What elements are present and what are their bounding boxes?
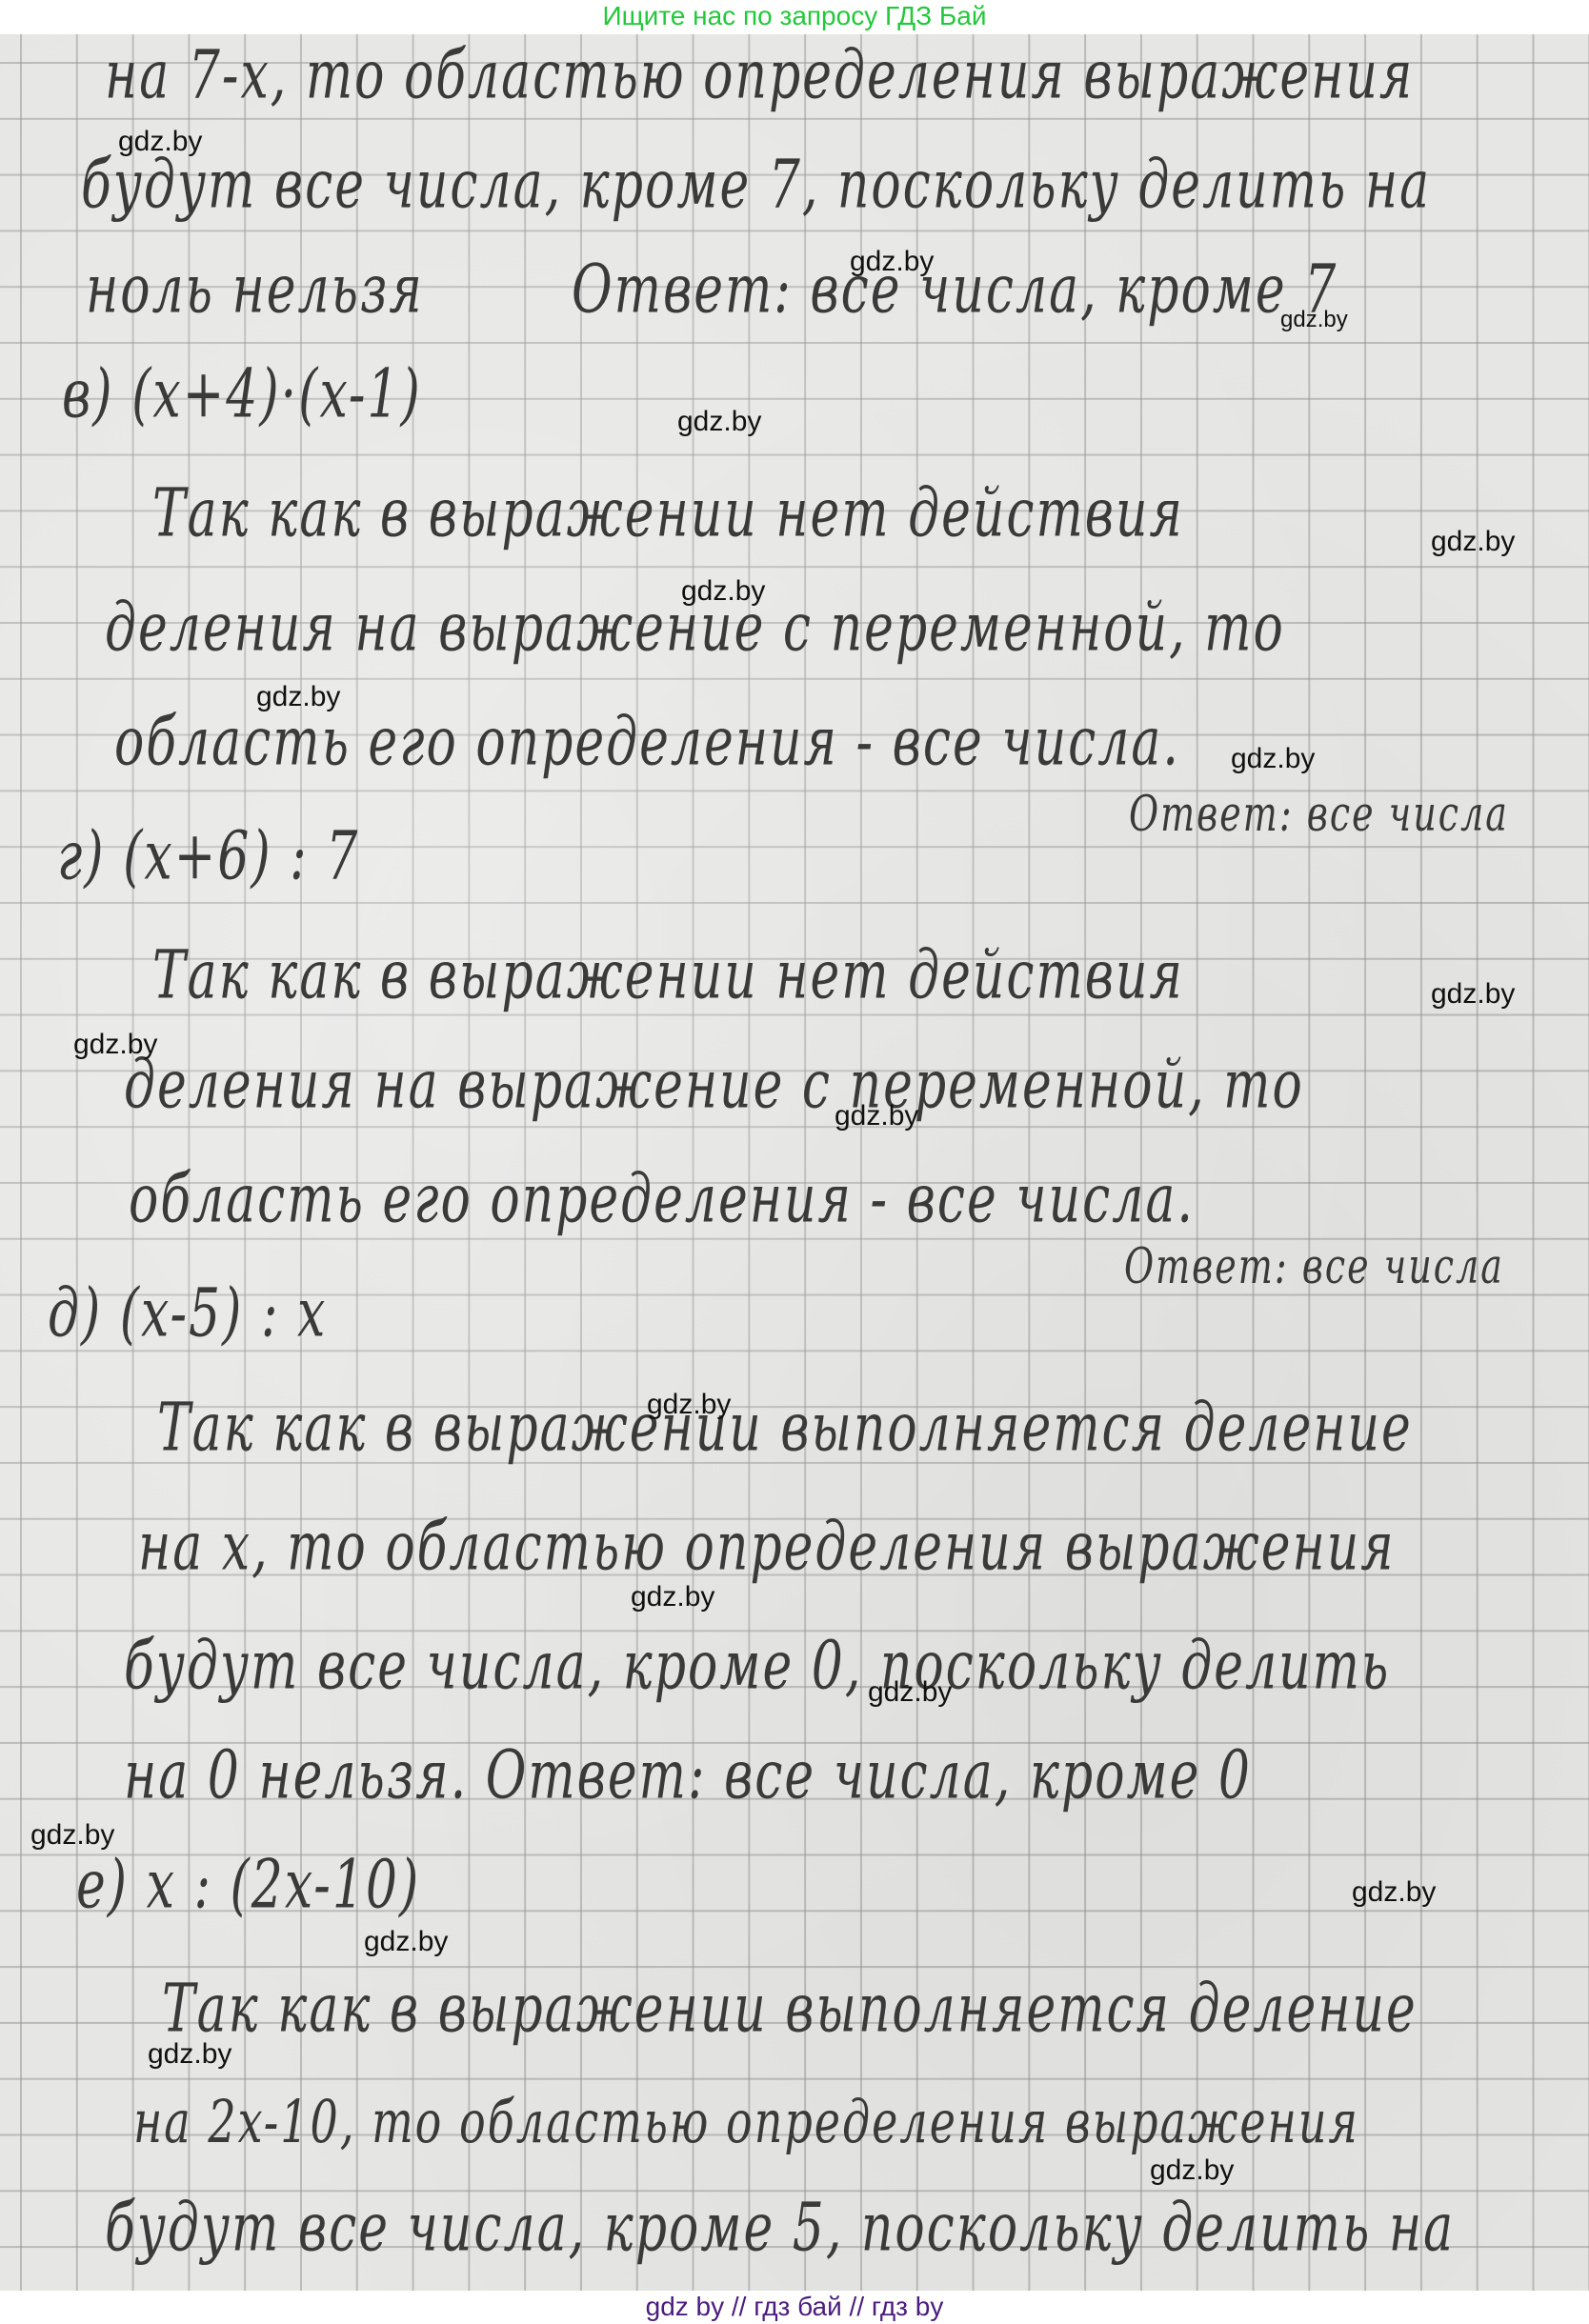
handwritten-line: на 2x-10, то областью определения выраже… (133, 2087, 1359, 2156)
problem-label-e: е) x : (2x-10) (76, 1847, 420, 1924)
top-banner: Ищите нас по запросу ГДЗ Бай (0, 0, 1589, 34)
watermark: gdz.by (118, 126, 202, 158)
handwritten-line: на x, то областью определения выражения (138, 1509, 1396, 1586)
handwritten-line: на 0 нельзя. Ответ: все числа, кроме 0 (124, 1737, 1252, 1814)
site-links-text: gdz by // гдз бай // гдз by (646, 2292, 944, 2321)
handwritten-line: Так как в выражении нет действия (152, 475, 1184, 552)
problem-label-v: в) (x+4)·(x-1) (62, 356, 422, 433)
watermark: gdz.by (631, 1581, 714, 1613)
handwritten-line: Так как в выражении выполняется деление (157, 1390, 1413, 1467)
answer-line: Ответ: все числа, кроме 7 (572, 251, 1338, 329)
watermark: gdz.by (30, 1819, 114, 1852)
watermark: gdz.by (835, 1100, 918, 1132)
problem-label-d: д) (x-5) : x (48, 1275, 327, 1352)
watermark: gdz.by (850, 246, 934, 278)
search-hint-text: Ищите нас по запросу ГДЗ Бай (602, 1, 986, 30)
answer-line: Ответ: все числа (1129, 786, 1509, 842)
watermark: gdz.by (1431, 978, 1515, 1011)
watermark: gdz.by (1431, 526, 1515, 558)
handwritten-line: область его определения - все числа. (129, 1161, 1195, 1238)
watermark: gdz.by (256, 681, 340, 713)
bottom-banner: gdz by // гдз бай // гдз by (0, 2291, 1589, 2324)
watermark: gdz.by (1280, 307, 1348, 333)
answer-line: Ответ: все числа (1124, 1238, 1504, 1294)
handwritten-line: Так как в выражении нет действия (152, 937, 1184, 1014)
handwritten-line: будут все числа, кроме 5, поскольку дели… (105, 2190, 1455, 2267)
handwritten-line: на 7-x, то областью определения выражени… (105, 37, 1414, 114)
watermark: gdz.by (1150, 2154, 1234, 2187)
watermark: gdz.by (364, 1926, 448, 1958)
watermark: gdz.by (73, 1029, 157, 1061)
watermark: gdz.by (148, 2038, 231, 2071)
handwritten-line: будут все числа, кроме 0, поскольку дели… (124, 1628, 1390, 1705)
watermark: gdz.by (677, 406, 761, 438)
watermark: gdz.by (681, 575, 765, 608)
handwritten-line: Так как в выражении выполняется деление (162, 1971, 1418, 2048)
watermark: gdz.by (1231, 743, 1315, 775)
watermark: gdz.by (647, 1389, 731, 1421)
handwritten-line: область его определения - все числа. (114, 704, 1180, 781)
watermark: gdz.by (1352, 1876, 1436, 1909)
problem-label-g: г) (x+6) : 7 (57, 818, 359, 895)
handwritten-line: будут все числа, кроме 7, поскольку дели… (81, 147, 1431, 224)
watermark: gdz.by (868, 1676, 952, 1709)
handwritten-line: ноль нельзя (86, 251, 424, 329)
handwritten-line: деления на выражение с переменной, то (124, 1047, 1304, 1124)
